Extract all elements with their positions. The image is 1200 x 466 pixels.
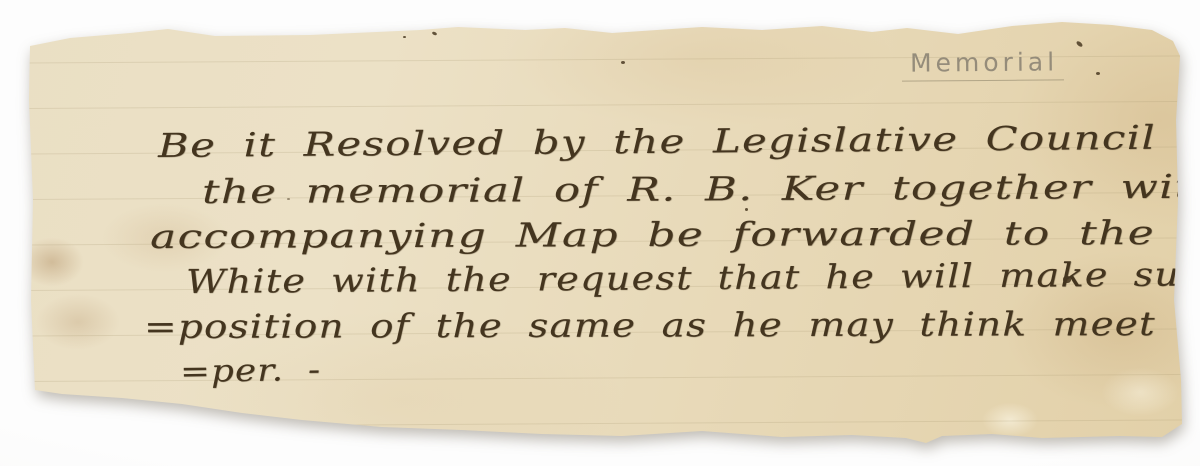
foxing-speck: [403, 36, 406, 38]
foxing-speck: [621, 61, 625, 64]
foxing-speck: [1096, 72, 1100, 75]
foxing-speck: [745, 208, 748, 211]
paper-shadow: Memorial Be it Resolved by the Legislati…: [0, 0, 1200, 466]
handwritten-line: the memorial of R. B. Ker together with …: [202, 166, 1200, 211]
paper-fragment: Memorial Be it Resolved by the Legislati…: [0, 0, 1200, 466]
handwritten-line: White with the request that he will make…: [186, 253, 1200, 301]
handwritten-line: =per. -: [180, 352, 322, 390]
scan-background: Memorial Be it Resolved by the Legislati…: [0, 0, 1200, 466]
handwritten-line: accompanying Map be forwarded to the Hon…: [150, 212, 1200, 256]
handwritten-line: =position of the same as he may think me…: [144, 303, 1200, 346]
pencil-annotation: Memorial: [910, 47, 1058, 77]
